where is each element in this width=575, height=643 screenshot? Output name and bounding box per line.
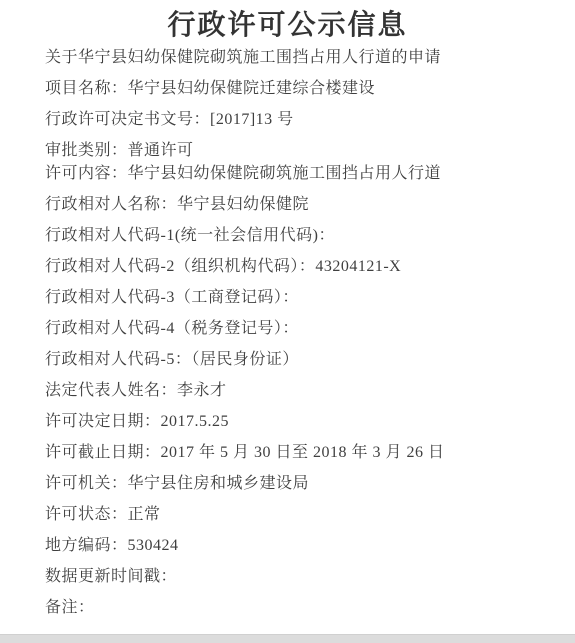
row-decision-doc-number: 行政许可决定书文号：[2017]13 号 [45, 112, 555, 128]
row-permit-content: 许可内容：华宁县妇幼保健院砌筑施工围挡占用人行道 [45, 166, 555, 182]
row-counterpart-code-5: 行政相对人代码-5：（居民身份证） [45, 352, 555, 368]
row-application-title: 关于华宁县妇幼保健院砌筑施工围挡占用人行道的申请 [45, 50, 555, 66]
row-decision-date: 许可决定日期：2017.5.25 [45, 414, 555, 430]
row-counterpart-name: 行政相对人名称：华宁县妇幼保健院 [45, 197, 555, 213]
row-counterpart-code-3: 行政相对人代码-3（工商登记码）： [45, 290, 555, 306]
row-counterpart-code-1: 行政相对人代码-1(统一社会信用代码)： [45, 228, 555, 244]
row-counterpart-code-4: 行政相对人代码-4（税务登记号）： [45, 321, 555, 337]
page-title: 行政许可公示信息 [0, 0, 575, 50]
row-permit-authority: 许可机关：华宁县住房和城乡建设局 [45, 476, 555, 492]
row-permit-status: 许可状态：正常 [45, 507, 555, 523]
horizontal-scrollbar[interactable] [0, 634, 575, 643]
row-project-name: 项目名称：华宁县妇幼保健院迁建综合楼建设 [45, 81, 555, 97]
row-expiry-date: 许可截止日期：2017 年 5 月 30 日至 2018 年 3 月 26 日 [45, 445, 555, 461]
row-local-code: 地方编码：530424 [45, 538, 555, 554]
row-data-update-timestamp: 数据更新时间戳： [45, 569, 555, 585]
row-counterpart-code-2: 行政相对人代码-2（组织机构代码）：43204121-X [45, 259, 555, 275]
permit-notice-page: 行政许可公示信息 关于华宁县妇幼保健院砌筑施工围挡占用人行道的申请 项目名称：华… [0, 0, 575, 643]
row-remarks: 备注： [45, 600, 555, 616]
row-approval-category: 审批类别：普通许可 [45, 143, 555, 159]
notice-body: 关于华宁县妇幼保健院砌筑施工围挡占用人行道的申请 项目名称：华宁县妇幼保健院迁建… [0, 50, 575, 616]
row-legal-representative: 法定代表人姓名：李永才 [45, 383, 555, 399]
